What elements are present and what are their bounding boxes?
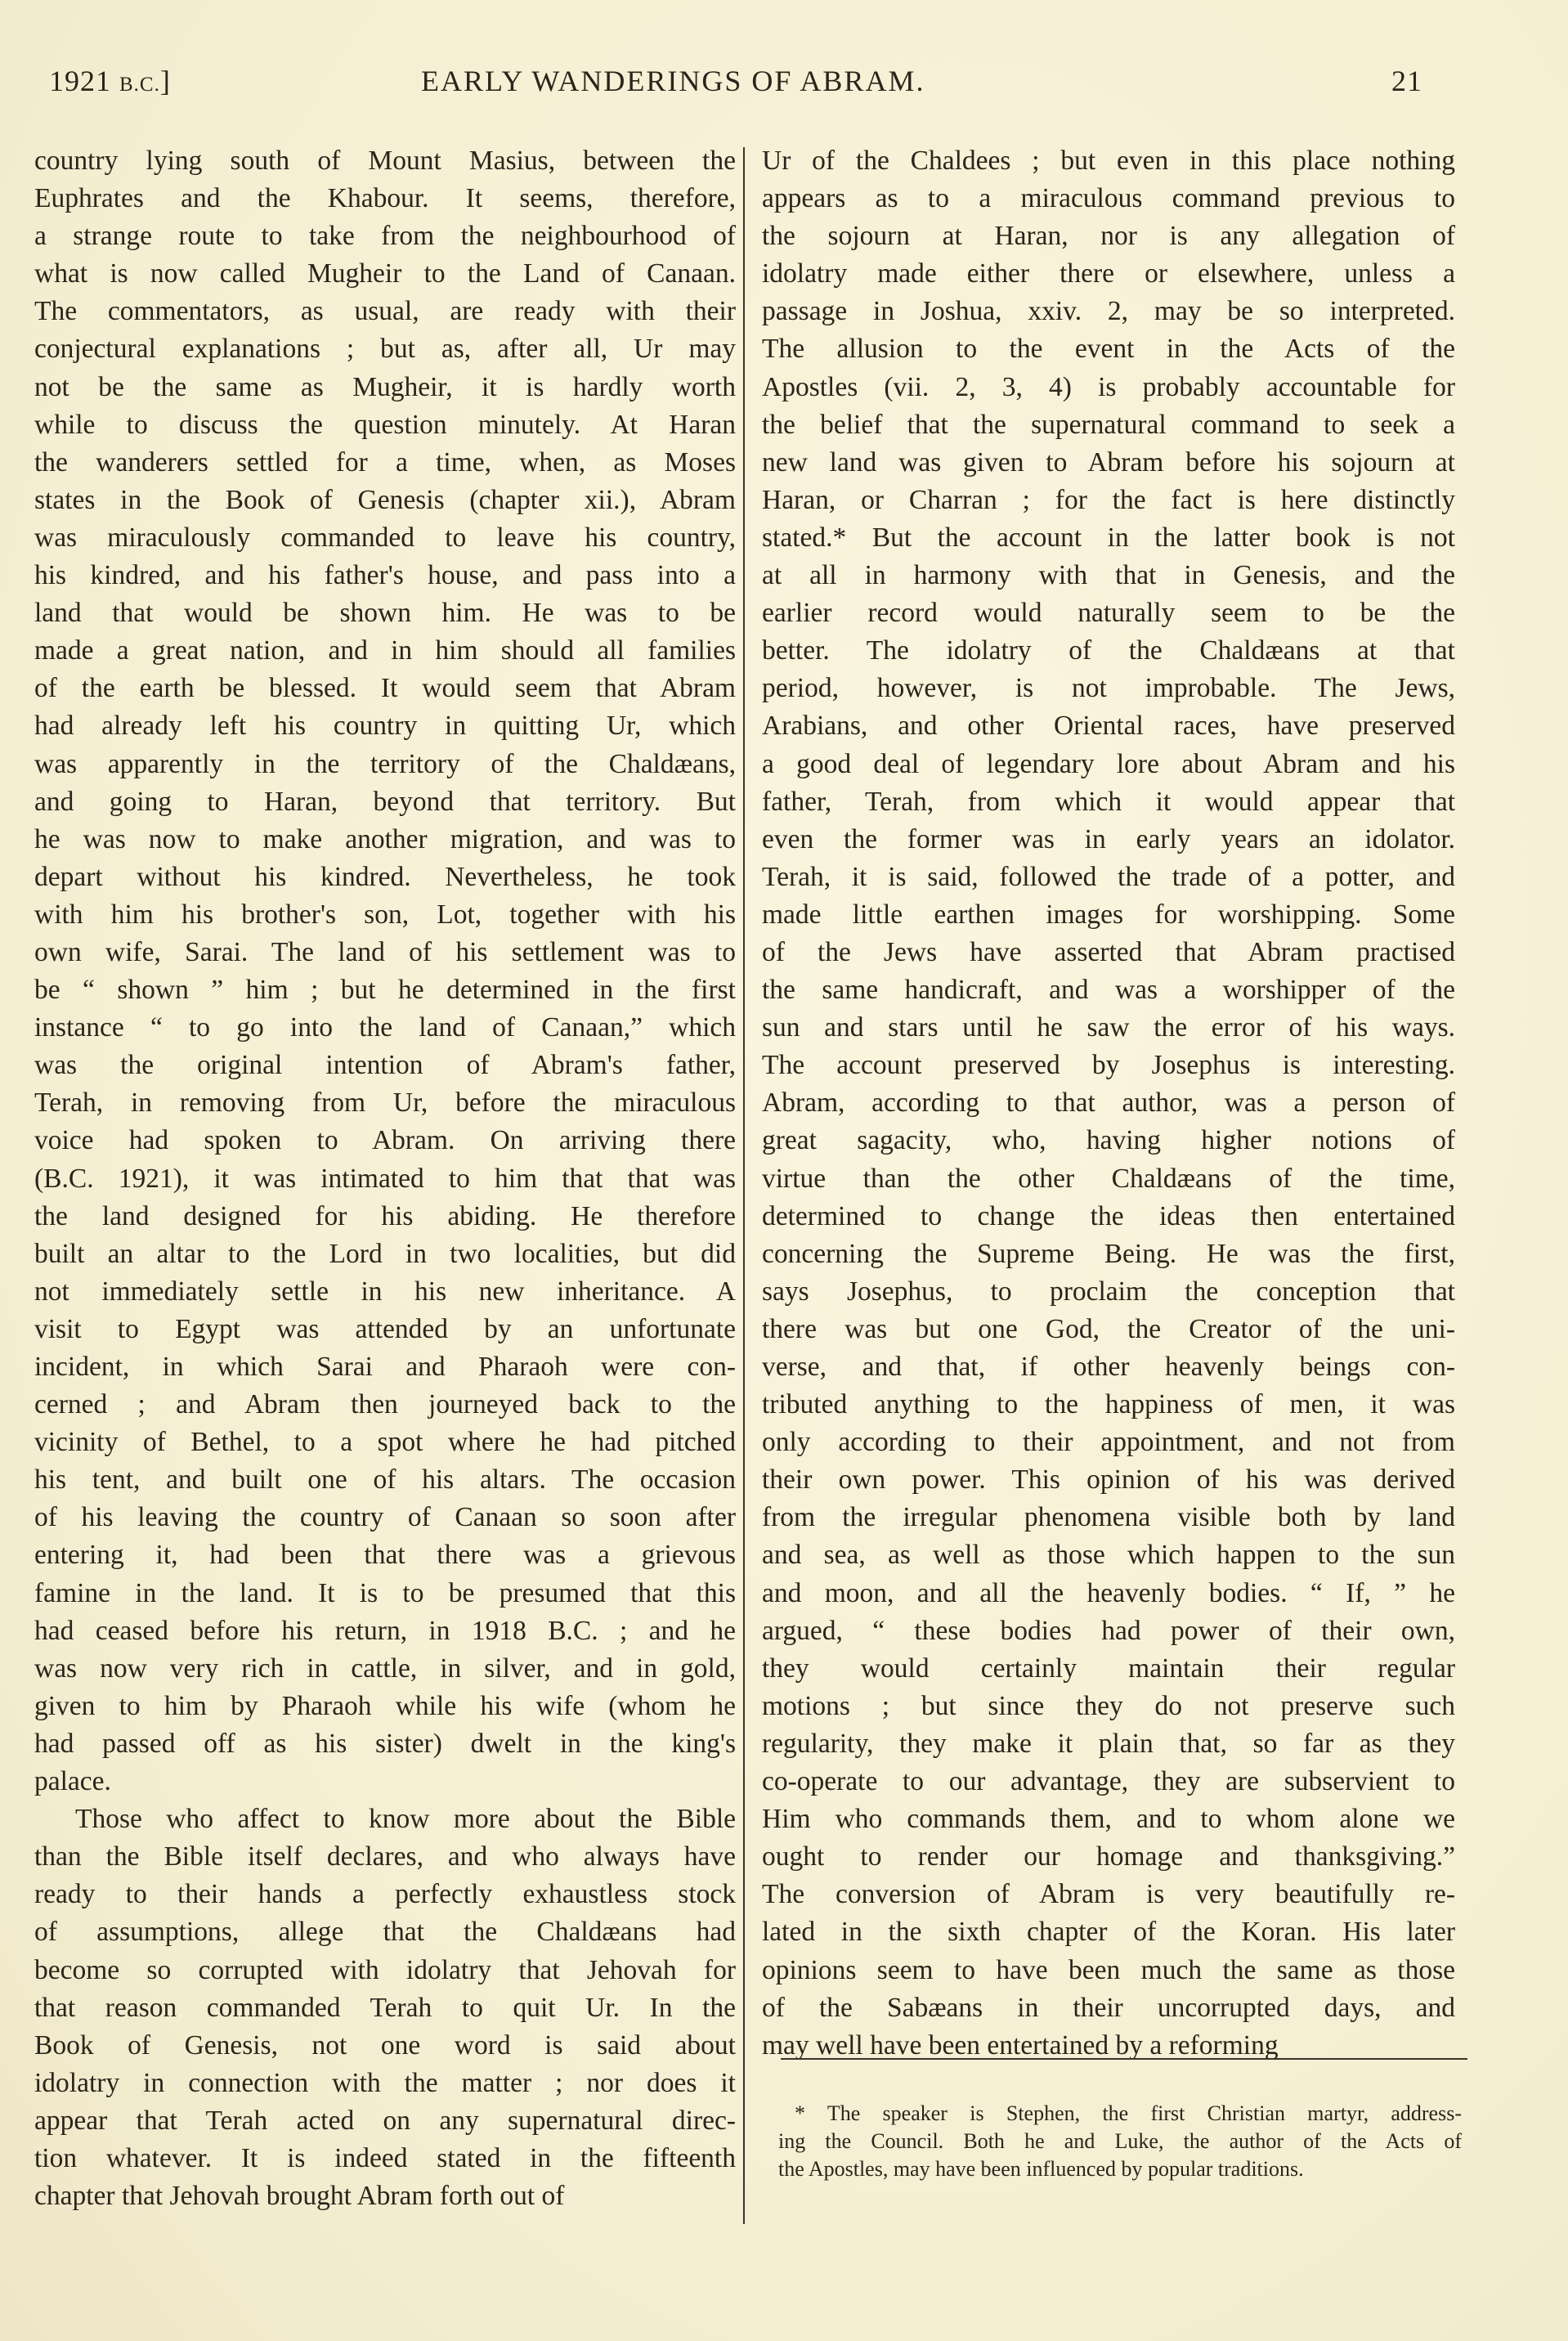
text-line: lated in the sixth chapter of the Koran.… (762, 1913, 1455, 1951)
text-line: of the Sabæans in their uncorrupted days… (762, 1989, 1455, 2027)
text-line: The conversion of Abram is very beautifu… (762, 1876, 1455, 1913)
text-line: the same handicraft, and was a worshippe… (762, 971, 1455, 1009)
text-line: ought to render our homage and thanksgiv… (762, 1838, 1455, 1876)
text-line: determined to change the ideas then ente… (762, 1198, 1455, 1236)
text-line: idolatry in connection with the matter ;… (34, 2065, 736, 2102)
text-line: regularity, they make it plain that, so … (762, 1725, 1455, 1763)
text-line: with him his brother's son, Lot, togethe… (34, 896, 736, 934)
text-line: Book of Genesis, not one word is said ab… (34, 2027, 736, 2065)
text-line: The commentators, as usual, are ready wi… (34, 293, 736, 330)
text-line: the Apostles, may have been influenced b… (778, 2155, 1462, 2183)
text-line: Apostles (vii. 2, 3, 4) is probably acco… (762, 369, 1455, 406)
text-line: concerning the Supreme Being. He was the… (762, 1236, 1455, 1273)
text-line: The account preserved by Josephus is int… (762, 1047, 1455, 1084)
text-line: appear that Terah acted on any supernatu… (34, 2102, 736, 2140)
text-line: given to him by Pharaoh while his wife (… (34, 1688, 736, 1725)
text-line: states in the Book of Genesis (chapter x… (34, 482, 736, 519)
text-line: only according to their appointment, and… (762, 1424, 1455, 1461)
text-line: Arabians, and other Oriental races, have… (762, 707, 1455, 745)
text-line: own wife, Sarai. The land of his settlem… (34, 934, 736, 971)
text-line: says Josephus, to proclaim the conceptio… (762, 1273, 1455, 1311)
running-head-title: EARLY WANDERINGS OF ABRAM. (421, 64, 925, 98)
text-line: Euphrates and the Khabour. It seems, the… (34, 180, 736, 218)
text-line: sun and stars until he saw the error of … (762, 1009, 1455, 1047)
text-line: become so corrupted with idolatry that J… (34, 1952, 736, 1989)
text-line: of his leaving the country of Canaan so … (34, 1499, 736, 1536)
text-line: was miraculously commanded to leave his … (34, 519, 736, 557)
text-line: built an altar to the Lord in two locali… (34, 1236, 736, 1273)
text-line: verse, and that, if other heavenly being… (762, 1348, 1455, 1386)
text-line: Terah, in removing from Ur, before the m… (34, 1084, 736, 1122)
footnote-rule (781, 2058, 1467, 2060)
text-line: not immediately settle in his new inheri… (34, 1273, 736, 1311)
text-line: (B.C. 1921), it was intimated to him tha… (34, 1160, 736, 1198)
running-head-era: B.C. (119, 74, 160, 96)
text-line: he was now to make another migration, an… (34, 821, 736, 859)
text-line: new land was given to Abram before his s… (762, 444, 1455, 482)
text-line: there was but one God, the Creator of th… (762, 1311, 1455, 1348)
text-line: they would certainly maintain their regu… (762, 1650, 1455, 1688)
text-line: Haran, or Charran ; for the fact is here… (762, 482, 1455, 519)
text-line: depart without his kindred. Nevertheless… (34, 859, 736, 896)
text-line: great sagacity, who, having higher notio… (762, 1122, 1455, 1159)
text-line: palace. (34, 1763, 736, 1801)
text-line: was the original intention of Abram's fa… (34, 1047, 736, 1084)
text-line: argued, “ these bodies had power of thei… (762, 1612, 1455, 1650)
left-column: country lying south of Mount Masius, bet… (34, 142, 736, 2215)
text-line: tion whatever. It is indeed stated in th… (34, 2140, 736, 2177)
text-line: famine in the land. It is to be presumed… (34, 1575, 736, 1612)
text-line: country lying south of Mount Masius, bet… (34, 142, 736, 180)
text-line: idolatry made either there or elsewhere,… (762, 255, 1455, 293)
text-line: land that would be shown him. He was to … (34, 594, 736, 632)
text-line: the sojourn at Haran, nor is any allegat… (762, 218, 1455, 255)
text-line: better. The idolatry of the Chaldæans at… (762, 632, 1455, 670)
text-line: visit to Egypt was attended by an unfort… (34, 1311, 736, 1348)
book-page: 1921 B.C.] EARLY WANDERINGS OF ABRAM. 21… (0, 0, 1568, 2341)
text-line: had passed off as his sister) dwelt in t… (34, 1725, 736, 1763)
text-line: vicinity of Bethel, to a spot where he h… (34, 1424, 736, 1461)
text-line: a strange route to take from the neighbo… (34, 218, 736, 255)
text-line: Ur of the Chaldees ; but even in this pl… (762, 142, 1455, 180)
text-line: not be the same as Mugheir, it is hardly… (34, 369, 736, 406)
text-line: Those who affect to know more about the … (34, 1801, 736, 1838)
running-head: 1921 B.C.] EARLY WANDERINGS OF ABRAM. 21 (49, 64, 1439, 113)
text-line: their own power. This opinion of his was… (762, 1461, 1455, 1499)
running-head-date: 1921 B.C.] (49, 64, 171, 98)
text-line: and sea, as well as those which happen t… (762, 1536, 1455, 1574)
text-line: made little earthen images for worshippi… (762, 896, 1455, 934)
text-line: incident, in which Sarai and Pharaoh wer… (34, 1348, 736, 1386)
text-line: of assumptions, allege that the Chaldæan… (34, 1913, 736, 1951)
text-line: had already left his country in quitting… (34, 707, 736, 745)
running-head-bracket: ] (160, 65, 171, 97)
text-line: stated.* But the account in the latter b… (762, 519, 1455, 557)
text-line: cerned ; and Abram then journeyed back t… (34, 1386, 736, 1424)
text-line: and moon, and all the heavenly bodies. “… (762, 1575, 1455, 1612)
text-line: chapter that Jehovah brought Abram forth… (34, 2177, 736, 2215)
text-line: of the earth be blessed. It would seem t… (34, 670, 736, 707)
text-line: and going to Haran, beyond that territor… (34, 783, 736, 821)
text-line: co-operate to our advantage, they are su… (762, 1763, 1455, 1801)
text-line: opinions seem to have been much the same… (762, 1952, 1455, 1989)
column-divider (743, 147, 745, 2224)
text-line: be “ shown ” him ; but he determined in … (34, 971, 736, 1009)
text-line: his tent, and built one of his altars. T… (34, 1461, 736, 1499)
text-line: * The speaker is Stephen, the first Chri… (778, 2100, 1462, 2128)
text-line: from the irregular phenomena visible bot… (762, 1499, 1455, 1536)
text-line: motions ; but since they do not preserve… (762, 1688, 1455, 1725)
text-line: Him who commands them, and to whom alone… (762, 1801, 1455, 1838)
text-line: was apparently in the territory of the C… (34, 746, 736, 783)
text-line: virtue than the other Chaldæans of the t… (762, 1160, 1455, 1198)
text-line: even the former was in early years an id… (762, 821, 1455, 859)
text-line: the belief that the supernatural command… (762, 406, 1455, 444)
text-line: while to discuss the question minutely. … (34, 406, 736, 444)
text-line: of the Jews have asserted that Abram pra… (762, 934, 1455, 971)
text-line: than the Bible itself declares, and who … (34, 1838, 736, 1876)
text-line: ready to their hands a perfectly exhaust… (34, 1876, 736, 1913)
text-line: conjectural explanations ; but as, after… (34, 330, 736, 368)
text-line: ing the Council. Both he and Luke, the a… (778, 2128, 1462, 2155)
text-line: the land designed for his abiding. He th… (34, 1198, 736, 1236)
right-column: Ur of the Chaldees ; but even in this pl… (762, 142, 1455, 2065)
text-line: what is now called Mugheir to the Land o… (34, 255, 736, 293)
text-line: father, Terah, from which it would appea… (762, 783, 1455, 821)
text-line: the wanderers settled for a time, when, … (34, 444, 736, 482)
text-line: at all in harmony with that in Genesis, … (762, 557, 1455, 594)
text-line: instance “ to go into the land of Canaan… (34, 1009, 736, 1047)
running-head-year: 1921 (49, 65, 111, 97)
text-line: a good deal of legendary lore about Abra… (762, 746, 1455, 783)
text-line: that reason commanded Terah to quit Ur. … (34, 1989, 736, 2027)
text-line: made a great nation, and in him should a… (34, 632, 736, 670)
footnote: * The speaker is Stephen, the first Chri… (778, 2100, 1462, 2183)
text-line: Abram, according to that author, was a p… (762, 1084, 1455, 1122)
text-line: tributed anything to the happiness of me… (762, 1386, 1455, 1424)
text-line: earlier record would naturally seem to b… (762, 594, 1455, 632)
text-line: period, however, is not improbable. The … (762, 670, 1455, 707)
text-line: his kindred, and his father's house, and… (34, 557, 736, 594)
text-line: appears as to a miraculous command previ… (762, 180, 1455, 218)
page-number: 21 (1391, 64, 1422, 98)
text-line: passage in Joshua, xxiv. 2, may be so in… (762, 293, 1455, 330)
text-line: The allusion to the event in the Acts of… (762, 330, 1455, 368)
text-line: had ceased before his return, in 1918 B.… (34, 1612, 736, 1650)
text-line: Terah, it is said, followed the trade of… (762, 859, 1455, 896)
text-line: entering it, had been that there was a g… (34, 1536, 736, 1574)
text-line: voice had spoken to Abram. On arriving t… (34, 1122, 736, 1159)
text-line: was now very rich in cattle, in silver, … (34, 1650, 736, 1688)
